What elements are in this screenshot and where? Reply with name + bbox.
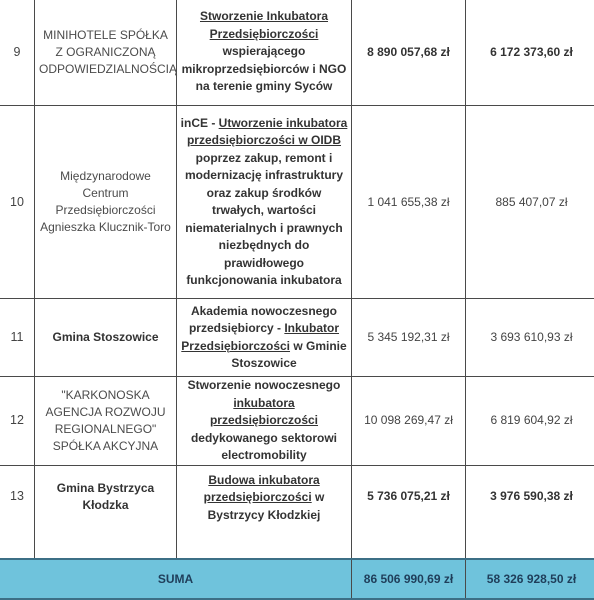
total-value: 1 041 655,38 zł — [352, 106, 466, 299]
row-number: 12 — [0, 377, 35, 466]
row-number: 13 — [0, 465, 35, 559]
grant-value: 3 976 590,38 zł — [466, 465, 594, 559]
project-title: inCE - Utworzenie inkubatora przedsiębio… — [177, 106, 352, 299]
project-title-text: dedykowanego sektorowi electromobility — [191, 431, 337, 463]
grant-value: 6 172 373,60 zł — [466, 0, 594, 106]
project-title: Budowa inkubatora przedsiębiorczości w B… — [177, 465, 352, 559]
applicant-name: MINIHOTELE SPÓŁKA Z OGRANICZONĄ ODPOWIED… — [35, 0, 177, 106]
project-title-highlight: Budowa inkubatora przedsiębiorczości — [204, 473, 320, 505]
project-title-highlight: Stworzenie Inkubatora Przedsiębiorczości — [200, 9, 328, 41]
summary-label: SUMA — [0, 559, 352, 599]
summary-total-value: 86 506 990,69 zł — [352, 559, 466, 599]
table-row: 12 "KARKONOSKA AGENCJA ROZWOJU REGIONALN… — [0, 377, 594, 466]
total-value: 5 736 075,21 zł — [352, 465, 466, 559]
project-title-text: wspierającego mikroprzedsiębiorców i NGO… — [182, 44, 347, 93]
project-title: Stworzenie nowoczesnego inkubatora przed… — [177, 377, 352, 466]
summary-row: SUMA 86 506 990,69 zł 58 326 928,50 zł — [0, 559, 594, 599]
project-title-text: poprzez zakup, remont i modernizację inf… — [185, 151, 343, 288]
total-value: 10 098 269,47 zł — [352, 377, 466, 466]
row-number: 9 — [0, 0, 35, 106]
row-number: 10 — [0, 106, 35, 299]
grant-value: 3 693 610,93 zł — [466, 299, 594, 377]
total-value: 8 890 057,68 zł — [352, 0, 466, 106]
row-number: 11 — [0, 299, 35, 377]
applicant-name: Międzynarodowe Centrum Przedsiębiorczośc… — [35, 106, 177, 299]
total-value: 5 345 192,31 zł — [352, 299, 466, 377]
project-title: Akademia nowoczesnego przedsiębiorcy - I… — [177, 299, 352, 377]
grant-value: 885 407,07 zł — [466, 106, 594, 299]
projects-table: 9 MINIHOTELE SPÓŁKA Z OGRANICZONĄ ODPOWI… — [0, 0, 594, 600]
project-title-text: inCE - — [181, 116, 219, 130]
applicant-name: Gmina Stoszowice — [35, 299, 177, 377]
table-row: 9 MINIHOTELE SPÓŁKA Z OGRANICZONĄ ODPOWI… — [0, 0, 594, 106]
applicant-name: "KARKONOSKA AGENCJA ROZWOJU REGIONALNEGO… — [35, 377, 177, 466]
table-row: 10 Międzynarodowe Centrum Przedsiębiorcz… — [0, 106, 594, 299]
grant-value: 6 819 604,92 zł — [466, 377, 594, 466]
project-title-highlight: inkubatora przedsiębiorczości — [210, 396, 318, 428]
table-row: 11 Gmina Stoszowice Akademia nowoczesneg… — [0, 299, 594, 377]
project-title-text: Stworzenie nowoczesnego — [188, 378, 341, 392]
applicant-name: Gmina Bystrzyca Kłodzka — [35, 465, 177, 559]
summary-grant-value: 58 326 928,50 zł — [466, 559, 594, 599]
project-title: Stworzenie Inkubatora Przedsiębiorczości… — [177, 0, 352, 106]
table-row: 13 Gmina Bystrzyca Kłodzka Budowa inkuba… — [0, 465, 594, 559]
